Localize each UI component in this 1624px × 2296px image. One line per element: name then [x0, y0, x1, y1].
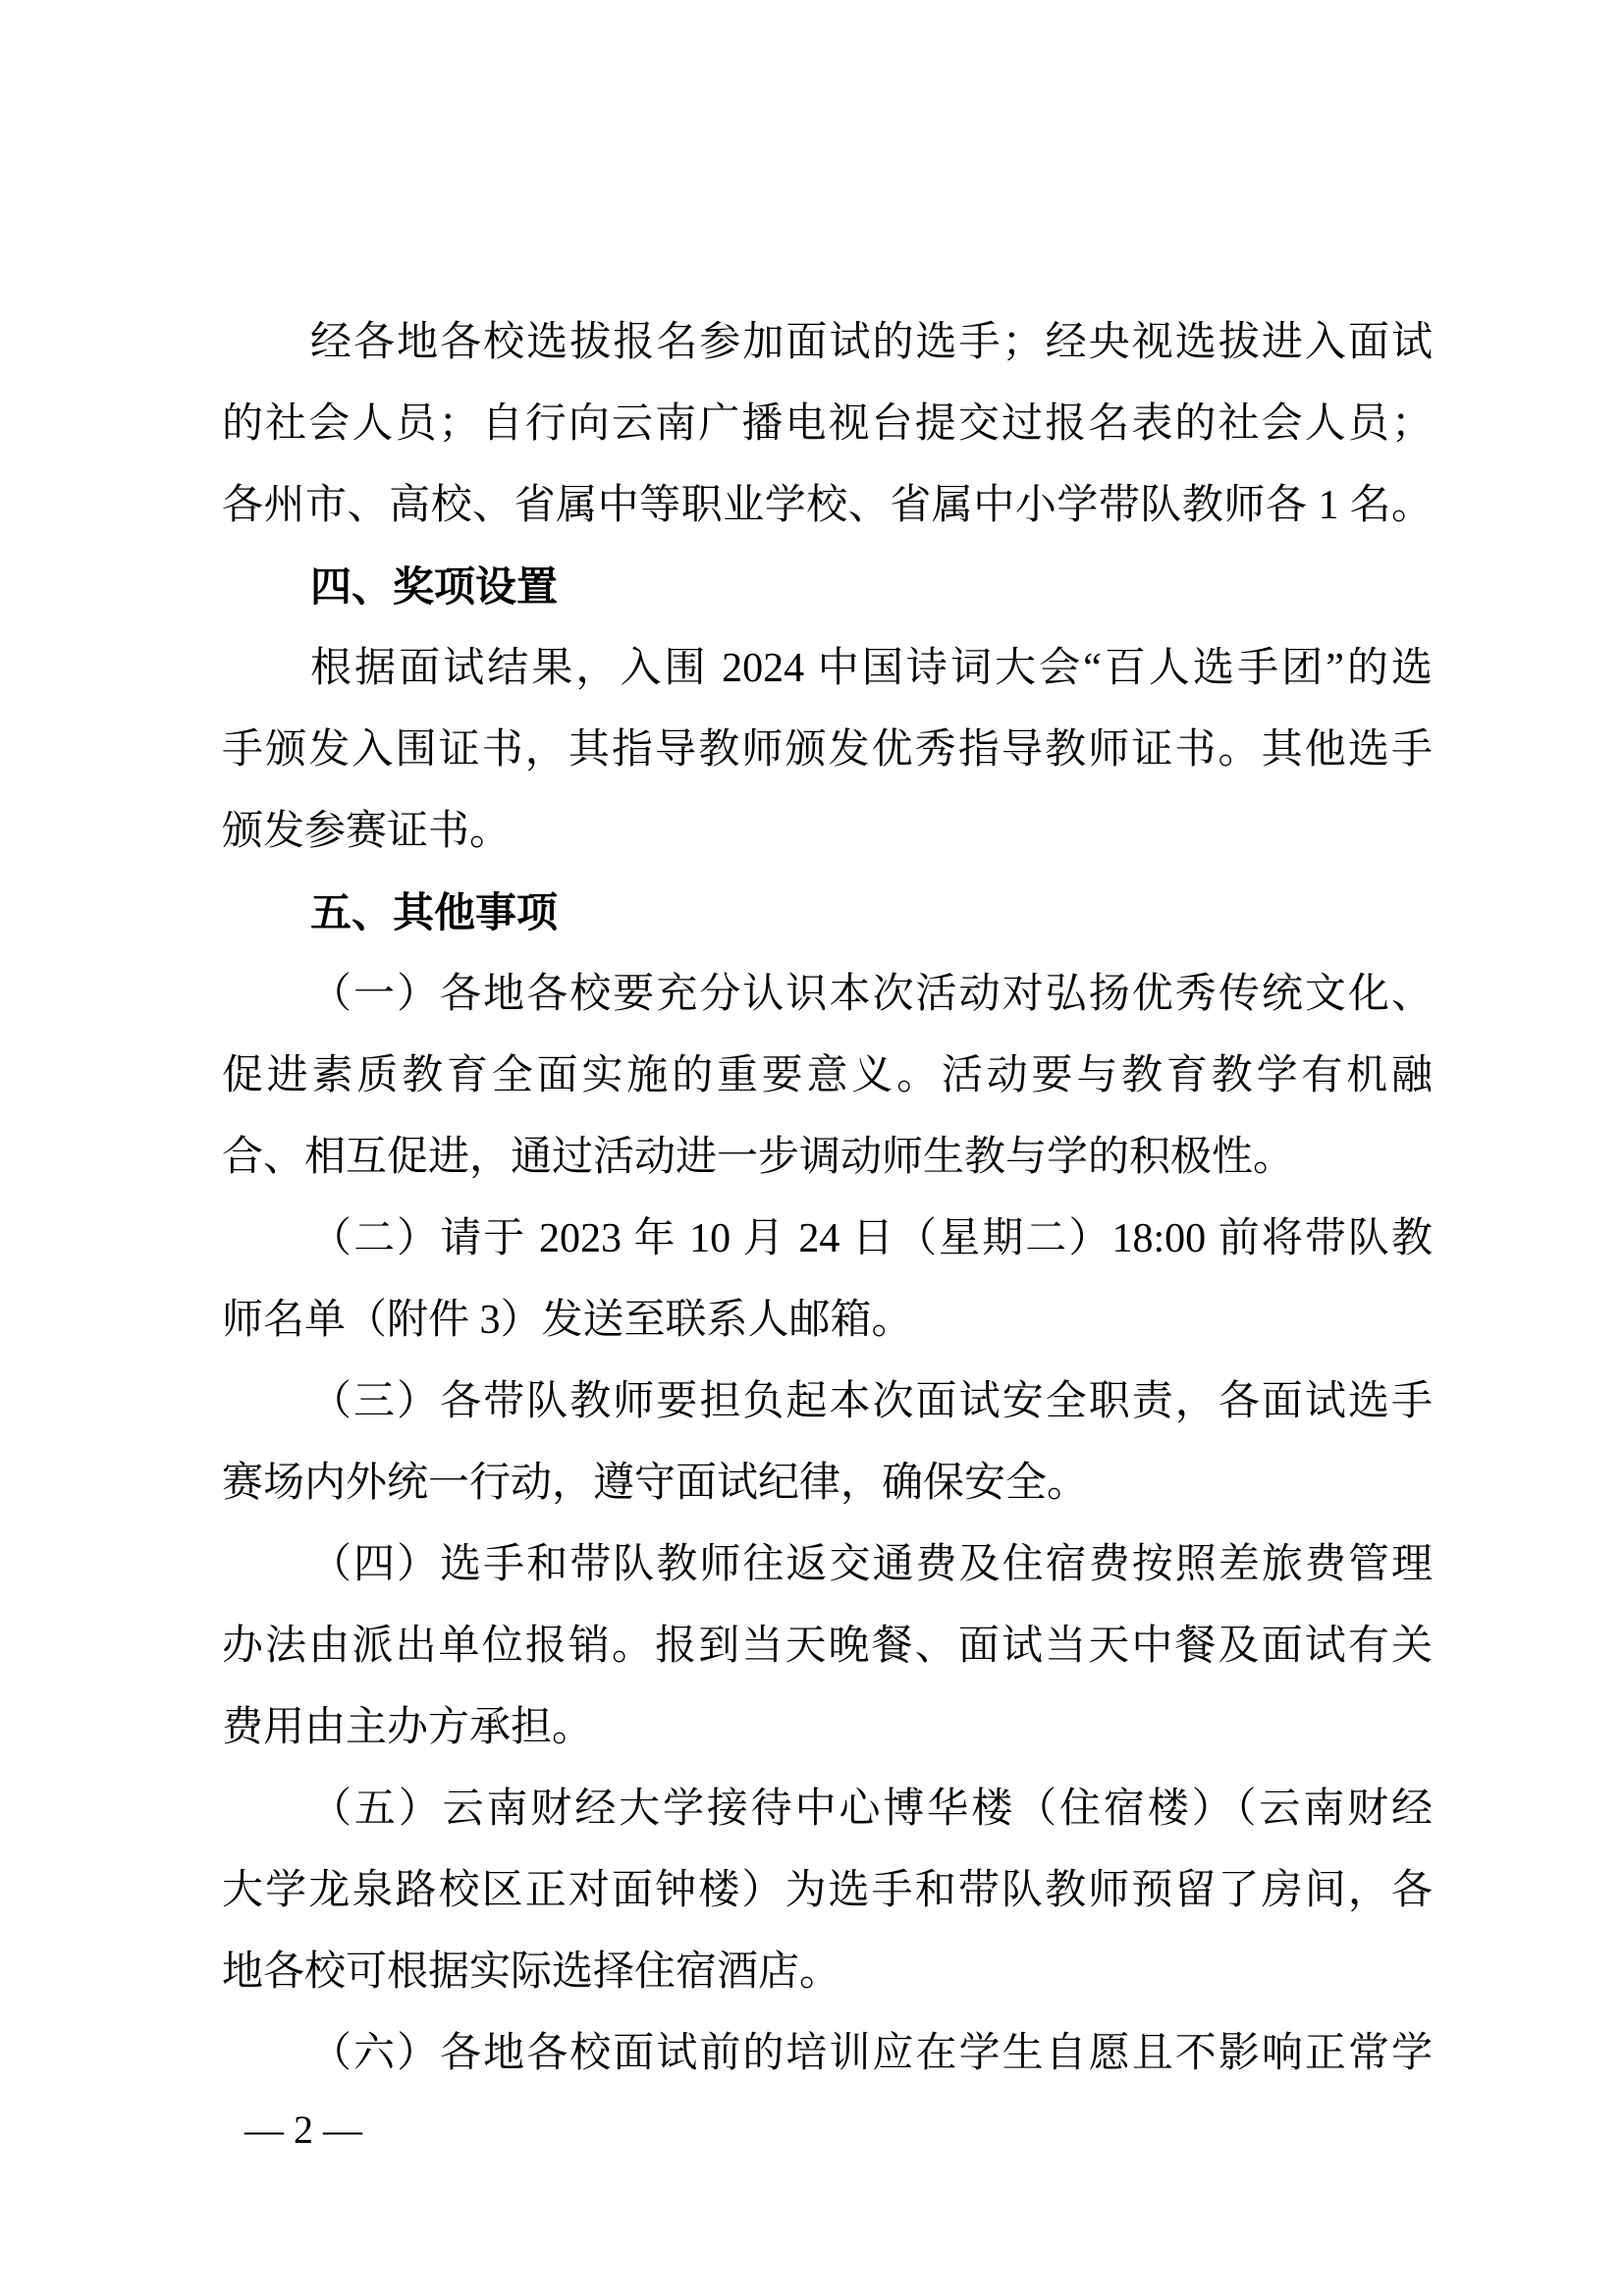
page-number: — 2 —: [244, 2109, 362, 2152]
paragraph-awards-line-2: 手颁发入围证书，其指导教师颁发优秀指导教师证书。其他选手: [222, 709, 1433, 791]
item-1-line-2: 促进素质教育全面实施的重要意义。活动要与教育教学有机融: [222, 1035, 1433, 1117]
section-heading-awards: 四、奖项设置: [310, 546, 1433, 628]
document-page: 经各地各校选拔报名参加面试的选手；经央视选拔进入面试 的社会人员；自行向云南广播…: [0, 0, 1624, 2296]
item-2-line-2: 师名单（附件 3）发送至联系人邮箱。: [222, 1279, 1433, 1362]
paragraph-participants-line-1: 经各地各校选拔报名参加面试的选手；经央视选拔进入面试: [310, 301, 1433, 384]
item-1-line-3: 合、相互促进，通过活动进一步调动师生教与学的积极性。: [222, 1116, 1433, 1199]
item-3-line-2: 赛场内外统一行动，遵守面试纪律，确保安全。: [222, 1442, 1433, 1524]
item-1-line-1: （一）各地各校要充分认识本次活动对弘扬优秀传统文化、: [310, 953, 1433, 1036]
item-5-line-3: 地各校可根据实际选择住宿酒店。: [222, 1931, 1433, 2013]
item-2-line-1: （二）请于 2023 年 10 月 24 日（星期二）18:00 前将带队教: [310, 1198, 1433, 1280]
item-4-line-2: 办法由派出单位报销。报到当天晚餐、面试当天中餐及面试有关: [222, 1605, 1433, 1687]
item-4-line-1: （四）选手和带队教师往返交通费及住宿费按照差旅费管理: [310, 1523, 1433, 1606]
item-4-line-3: 费用由主办方承担。: [222, 1686, 1433, 1769]
paragraph-participants-line-2: 的社会人员；自行向云南广播电视台提交过报名表的社会人员；: [222, 383, 1433, 465]
paragraph-awards-line-1: 根据面试结果，入围 2024 中国诗词大会“百人选手团”的选: [310, 627, 1433, 710]
item-5-line-2: 大学龙泉路校区正对面钟楼）为选手和带队教师预留了房间，各: [222, 1849, 1433, 1932]
item-3-line-1: （三）各带队教师要担负起本次面试安全职责，各面试选手: [310, 1361, 1433, 1443]
paragraph-awards-line-3: 颁发参赛证书。: [222, 790, 1433, 873]
item-5-line-1: （五）云南财经大学接待中心博华楼（住宿楼）（云南财经: [310, 1768, 1433, 1850]
item-6-line-1: （六）各地各校面试前的培训应在学生自愿且不影响正常学: [310, 2012, 1433, 2095]
paragraph-participants-line-3: 各州市、高校、省属中等职业学校、省属中小学带队教师各 1 名。: [222, 464, 1433, 547]
section-heading-other: 五、其他事项: [310, 872, 1433, 954]
